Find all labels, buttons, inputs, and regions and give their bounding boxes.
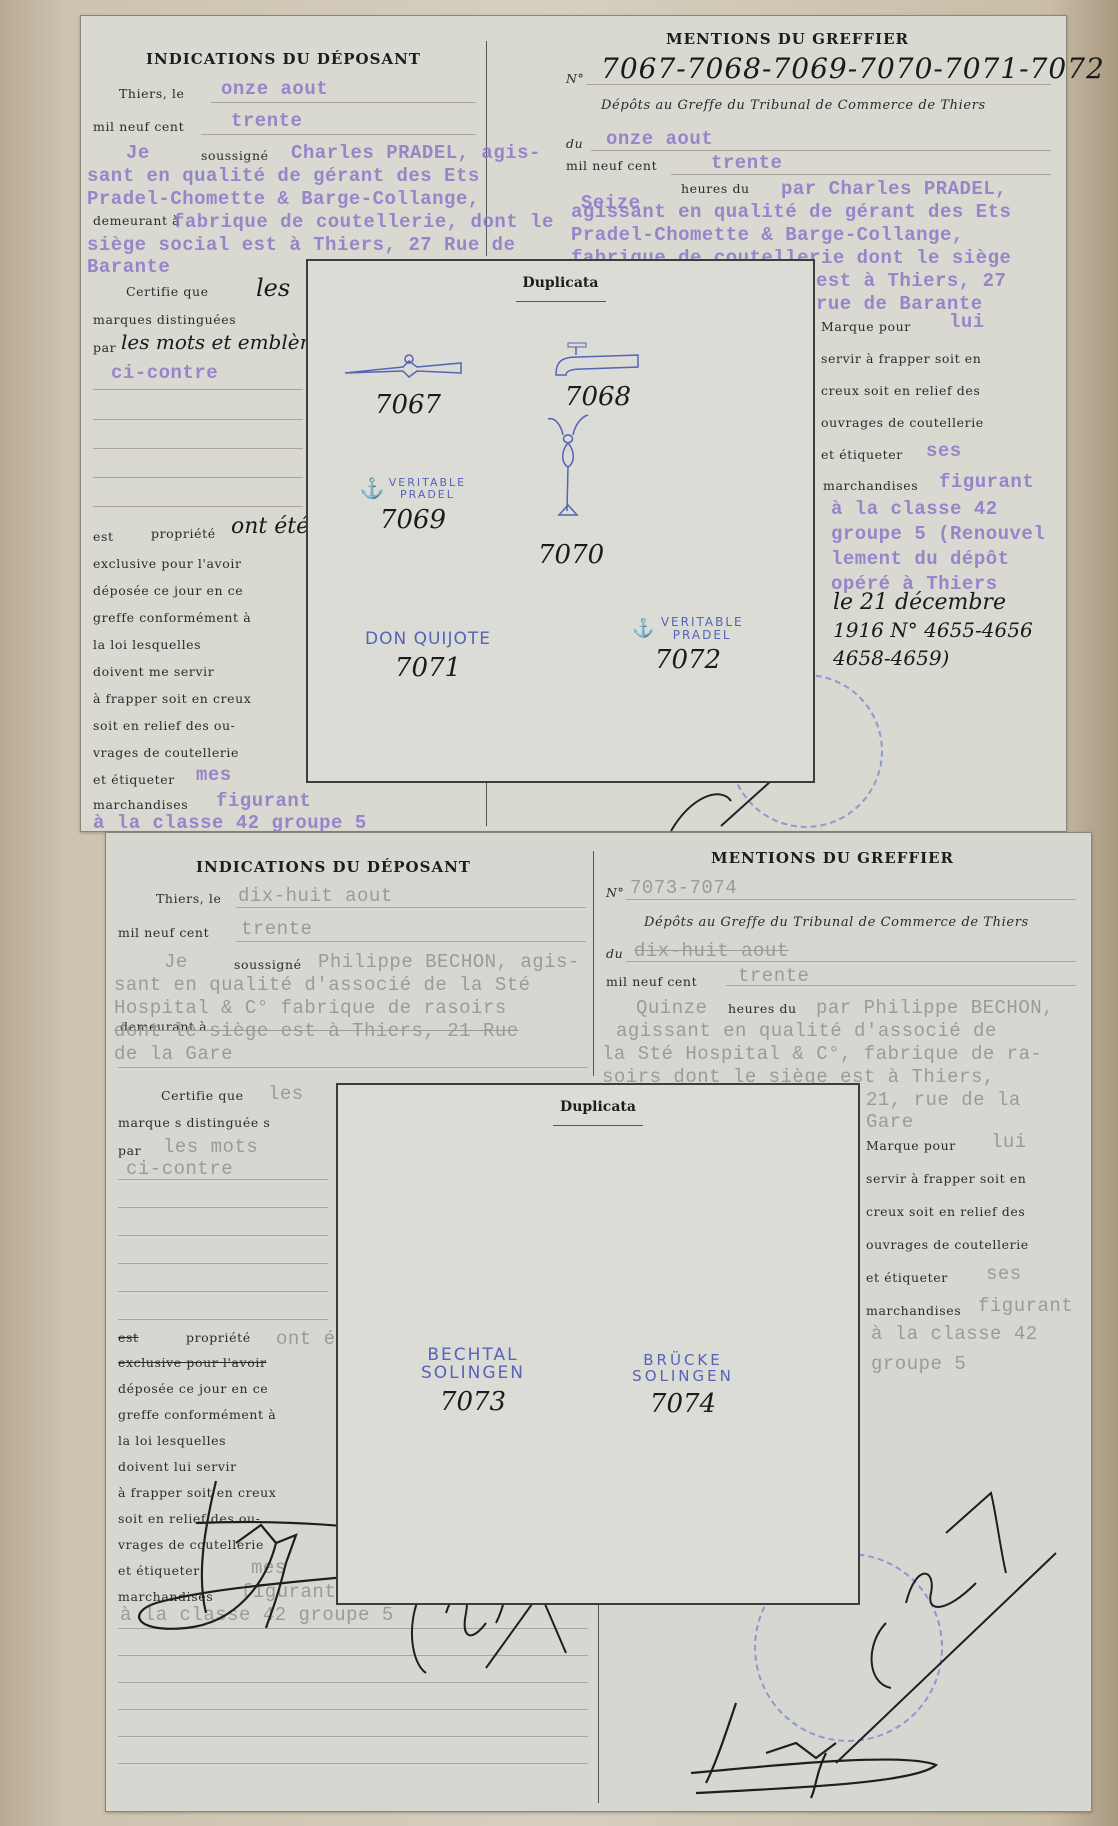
trademark-7071: DON QUIJOTE 7071 <box>348 631 508 683</box>
du-label: du <box>566 136 583 151</box>
heures-label: heures du <box>728 1001 797 1016</box>
marque-label: Marque pour <box>866 1138 956 1153</box>
greffier-year: trente <box>711 152 782 174</box>
marques-label: marques distinguées <box>93 312 236 327</box>
soussigne-label: soussigné <box>234 957 302 972</box>
depositant-line: Pradel-Chomette & Barge-Collange, <box>87 188 480 210</box>
deposit-year: trente <box>241 918 312 940</box>
est-label: est <box>93 529 114 544</box>
extra-line: à la classe 42 <box>871 1323 1038 1345</box>
clause-line: greffe conformément à <box>118 1407 276 1422</box>
greffier-line: par Charles PRADEL, <box>781 178 1007 200</box>
classe-text: à la classe 42 groupe 5 <box>93 812 367 834</box>
depositant-line: Hospital & C° fabrique de rasoirs <box>114 997 507 1019</box>
trademark-7069: ⚓ VERITABLE PRADEL 7069 <box>338 476 488 535</box>
clause-line: à frapper soit en creux <box>93 691 251 706</box>
heures-value: Quinze <box>636 997 707 1019</box>
marchandises-label: marchandises <box>866 1303 961 1318</box>
depositant-line: Barante <box>87 256 170 278</box>
greffier-line: agissant en qualité de gérant des Ets <box>571 201 1011 223</box>
clause-line: soit en relief des ou- <box>93 718 236 733</box>
certifie-value: les <box>268 1083 304 1105</box>
clause-line: servir à frapper soit en <box>866 1171 1026 1186</box>
marque-value: lui <box>949 311 985 333</box>
depositant-line: siège social est à Thiers, 27 Rue de <box>87 234 515 256</box>
numero-label: N° <box>606 885 624 900</box>
extra-line: groupe 5 (Renouvel <box>831 523 1045 545</box>
marque-label: Marque pour <box>821 319 911 334</box>
depositant-line: fabrique de coutellerie, dont le <box>87 211 554 233</box>
marchandises-value: figurant <box>978 1295 1073 1317</box>
greffier-line: la Sté Hospital & C°, fabrique de ra- <box>602 1043 1042 1065</box>
je-text: Je <box>164 951 188 973</box>
marchandises-value: figurant <box>216 790 311 812</box>
du-label: du <box>606 946 623 961</box>
greffier-date: dix-huit aout <box>634 940 789 962</box>
clause-line: et étiqueter <box>866 1270 948 1285</box>
depositant-line: Charles PRADEL, agis- <box>291 142 541 164</box>
soussigne-label: soussigné <box>201 148 269 163</box>
extra-line: groupe 5 <box>871 1353 966 1375</box>
je-text: Je <box>126 142 150 164</box>
year-label: mil neuf cent <box>93 119 184 134</box>
duplicata-box: Duplicata 7067 7068 ⚓ VERITABLE PRADEL 7… <box>306 259 815 783</box>
greffier-line: 21, rue de la <box>866 1089 1021 1111</box>
year-label: mil neuf cent <box>606 974 697 989</box>
anchor-emblem-icon: ⚓ <box>360 476 385 501</box>
etiqueter-value: ses <box>986 1263 1022 1285</box>
clause-line: ouvrages de coutellerie <box>866 1237 1029 1252</box>
greffier-line: agissant en qualité d'associé de <box>616 1020 997 1042</box>
propriete-label: propriété <box>186 1330 251 1345</box>
certifie-label: Certifie que <box>161 1088 244 1103</box>
column-divider <box>598 1603 599 1803</box>
depositant-line: sant en qualité de gérant des Ets <box>87 165 480 187</box>
registration-numbers: 7067-7068-7069-7070-7071-7072 <box>601 52 1105 85</box>
trademark-7068: 7068 <box>533 341 663 412</box>
ci-contre-text: ci-contre <box>111 362 218 384</box>
depositant-line: de la Gare <box>114 1043 233 1065</box>
propriete-handwritten: ont été <box>231 514 309 539</box>
par-value: les mots <box>163 1136 258 1158</box>
greffier-year: trente <box>738 965 809 987</box>
clause-line: greffe conformément à <box>93 610 251 625</box>
trademark-7074: BRÜCKE SOLINGEN 7074 <box>608 1353 758 1419</box>
par-label: par <box>93 340 116 355</box>
extra-handwritten: le 21 décembre <box>833 590 1006 615</box>
trademark-7073: BECHTAL SOLINGEN 7073 <box>398 1347 548 1417</box>
depositant-heading: INDICATIONS DU DÉPOSANT <box>146 50 421 68</box>
depositant-line: sant en qualité d'associé de la Sté <box>114 974 531 996</box>
year-label: mil neuf cent <box>118 925 209 940</box>
deposit-year: trente <box>231 110 302 132</box>
marque-value: lui <box>991 1131 1027 1153</box>
clause-line: doivent me servir <box>93 664 214 679</box>
duplicata-box: Duplicata BECHTAL SOLINGEN 7073 BRÜCKE S… <box>336 1083 860 1605</box>
certifie-handwritten: les <box>256 274 290 302</box>
deposit-date: onze aout <box>221 78 328 100</box>
clause-line: exclusive pour l'avoir <box>93 556 242 571</box>
duplicata-title: Duplicata <box>308 275 813 291</box>
clause-line: et étiqueter <box>821 447 903 462</box>
clause-line: la loi lesquelles <box>93 637 201 652</box>
clause-line: déposée ce jour en ce <box>93 583 243 598</box>
greffier-date: onze aout <box>606 128 713 150</box>
extra-line: lement du dépôt <box>831 548 1010 570</box>
clause-line: creux soit en relief des <box>866 1204 1025 1219</box>
heures-label: heures du <box>681 181 750 196</box>
est-label: est <box>118 1330 139 1345</box>
etiqueter-value: ses <box>926 440 962 462</box>
depots-caption: Dépôts au Greffe du Tribunal de Commerce… <box>644 915 1029 930</box>
clause-line: exclusive pour l'avoir <box>118 1355 267 1370</box>
trademark-deposit-form-2: INDICATIONS DU DÉPOSANT Thiers, le dix-h… <box>105 832 1092 1812</box>
marchandises-label: marchandises <box>823 478 918 493</box>
year-label: mil neuf cent <box>566 158 657 173</box>
duplicata-title: Duplicata <box>338 1099 858 1115</box>
greffier-line: est à Thiers, 27 <box>816 270 1006 292</box>
extra-line: à la classe 42 <box>831 498 998 520</box>
depositant-line: dont le siège est à Thiers, 21 Rue <box>114 1020 519 1042</box>
propriete-label: propriété <box>151 526 216 541</box>
certifie-label: Certifie que <box>126 284 209 299</box>
clause-line: déposée ce jour en ce <box>118 1381 268 1396</box>
extra-handwritten: 1916 N° 4655-4656 <box>833 618 1033 642</box>
marchandises-value: figurant <box>939 471 1034 493</box>
clause-line: creux soit en relief des <box>821 383 980 398</box>
knife-emblem-icon <box>343 351 473 381</box>
thiers-label: Thiers, le <box>119 86 185 101</box>
column-divider <box>593 851 594 1076</box>
depots-caption: Dépôts au Greffe du Tribunal de Commerce… <box>601 98 986 113</box>
depositant-heading: INDICATIONS DU DÉPOSANT <box>196 858 471 876</box>
figure-emblem-icon <box>543 411 593 531</box>
trademark-7072: ⚓ VERITABLE PRADEL 7072 <box>608 616 768 675</box>
numero-label: N° <box>566 71 584 86</box>
par-label: par <box>118 1143 141 1158</box>
greffier-line: Gare <box>866 1111 914 1133</box>
greffier-line: par Philippe BECHON, <box>816 997 1054 1019</box>
deposit-date: dix-huit aout <box>238 885 393 907</box>
tap-emblem-icon <box>548 341 648 381</box>
greffier-line: Pradel-Chomette & Barge-Collange, <box>571 224 964 246</box>
thiers-label: Thiers, le <box>156 891 222 906</box>
greffier-signature-partial <box>661 776 821 836</box>
extra-handwritten: 4658-4659) <box>833 646 949 670</box>
registration-numbers: 7073-7074 <box>630 877 737 899</box>
ci-contre-text: ci-contre <box>126 1158 233 1180</box>
trademark-deposit-form-1: INDICATIONS DU DÉPOSANT Thiers, le onze … <box>80 15 1067 832</box>
clause-line: servir à frapper soit en <box>821 351 981 366</box>
clause-line: ouvrages de coutellerie <box>821 415 984 430</box>
marques-label: marque s distinguée s <box>118 1115 270 1130</box>
etiqueter-value: mes <box>196 764 232 786</box>
depositant-line: Philippe BECHON, agis- <box>318 951 580 973</box>
trademark-7067: 7067 <box>338 351 478 420</box>
marchandises-label: marchandises <box>93 797 188 812</box>
clause-line: et étiqueter <box>93 772 175 787</box>
anchor-emblem-icon: ⚓ <box>632 618 654 639</box>
greffier-heading: MENTIONS DU GREFFIER <box>666 30 909 48</box>
trademark-7070: 7070 <box>538 411 598 570</box>
clause-line: vrages de coutellerie <box>93 745 239 760</box>
greffier-heading: MENTIONS DU GREFFIER <box>711 849 954 867</box>
clause-line: la loi lesquelles <box>118 1433 226 1448</box>
